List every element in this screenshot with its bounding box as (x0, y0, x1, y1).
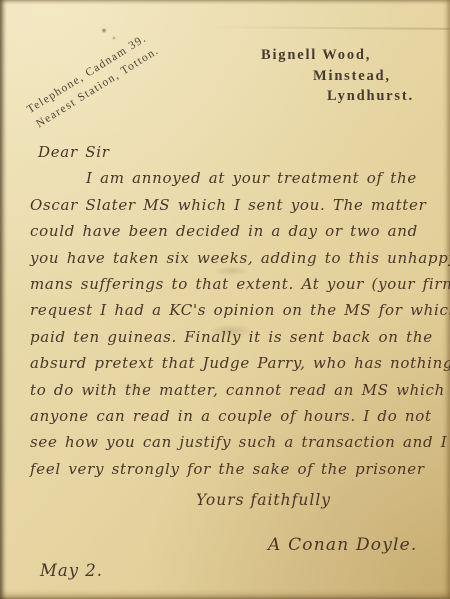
letter-line: Oscar Slater MS which I sent you. The ma… (30, 192, 450, 218)
signature: A Conan Doyle. (268, 535, 418, 555)
letter-line: see how you can justify such a transacti… (30, 429, 450, 455)
letter-line: anyone can read in a couple of hours. I … (30, 403, 450, 429)
letter-line: request I had a KC's opinion on the MS f… (30, 297, 450, 323)
letter-line: I am annoyed at your treatment of the (30, 165, 450, 191)
letter-body: Dear Sir I am annoyed at your treatment … (30, 139, 450, 482)
letter-page: Telephone, Cadnam 39. Nearest Station, T… (0, 0, 450, 599)
letterhead-telephone: Telephone, Cadnam 39. Nearest Station, T… (24, 29, 163, 133)
paper-speck (112, 36, 116, 40)
address-line: Minstead, (261, 66, 414, 87)
paper-crease (207, 26, 450, 30)
salutation: Dear Sir (30, 139, 450, 165)
letter-line: paid ten guineas. Finally it is sent bac… (30, 324, 450, 350)
letter-line: to do with the matter, cannot read an MS… (30, 377, 450, 403)
letter-line: absurd pretext that Judge Parry, who has… (30, 350, 450, 376)
letter-line: could have been decided in a day or two … (30, 218, 450, 244)
letter-date: May 2. (40, 561, 103, 580)
address-line: Bignell Wood, (261, 45, 414, 66)
letter-line: mans sufferings to that extent. At your … (30, 271, 450, 297)
paper-speck (101, 28, 107, 33)
letter-line: you have taken six weeks, adding to this… (30, 245, 450, 271)
letterhead-address: Bignell Wood, Minstead, Lyndhurst. (261, 45, 414, 107)
letter-line: feel very strongly for the sake of the p… (30, 456, 450, 482)
closing-valediction: Yours faithfully (196, 491, 331, 509)
address-line: Lyndhurst. (261, 86, 414, 107)
